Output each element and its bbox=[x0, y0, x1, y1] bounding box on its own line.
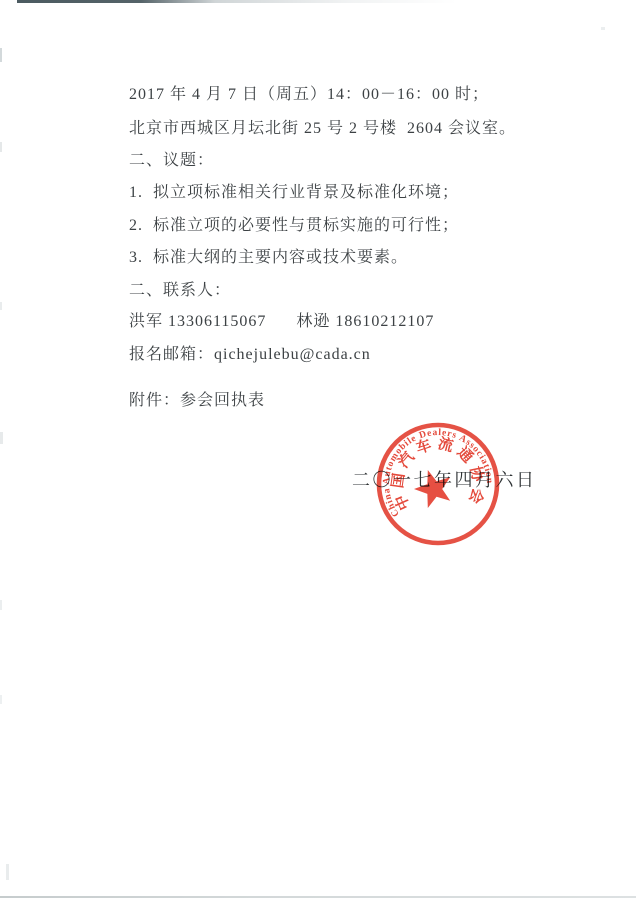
email-line: 报名邮箱：qichejulebu@cada.cn bbox=[129, 346, 371, 364]
scan-artifact-edge bbox=[0, 302, 2, 310]
scan-artifact-bottom-line bbox=[0, 896, 636, 898]
scan-artifact-edge bbox=[0, 432, 3, 444]
agenda-item-3: 3. 标准大纲的主要内容或技术要素。 bbox=[129, 249, 408, 267]
scan-artifact-edge bbox=[0, 600, 2, 610]
agenda-heading: 二、议题： bbox=[129, 152, 214, 170]
seal-star-icon bbox=[410, 464, 457, 510]
agenda-item-1: 1. 拟立项标准相关行业背景及标准化环境； bbox=[129, 184, 459, 202]
contacts-line: 洪军 13306115067 林逊 18610212107 bbox=[129, 313, 434, 331]
scan-artifact-edge bbox=[0, 695, 2, 704]
attachment-line: 附件：参会回执表 bbox=[129, 392, 265, 410]
scan-artifact-edge bbox=[0, 48, 2, 62]
scanned-document-page: 2017 年 4 月 7 日（周五）14：00－16：00 时； 北京市西城区月… bbox=[0, 0, 636, 900]
contacts-heading: 二、联系人： bbox=[129, 282, 231, 300]
scan-artifact-edge bbox=[6, 864, 9, 880]
agenda-item-2: 2. 标准立项的必要性与贯标实施的可行性； bbox=[129, 217, 459, 235]
scan-artifact-speck bbox=[601, 27, 605, 30]
association-seal: China Automobile Dealers Association 中国汽… bbox=[374, 420, 502, 548]
meeting-datetime-line: 2017 年 4 月 7 日（周五）14：00－16：00 时； bbox=[129, 86, 489, 104]
meeting-location-line: 北京市西城区月坛北街 25 号 2 号楼 2604 会议室。 bbox=[129, 120, 516, 138]
scan-artifact-edge bbox=[0, 142, 2, 152]
scan-artifact-top-bar bbox=[17, 0, 457, 3]
